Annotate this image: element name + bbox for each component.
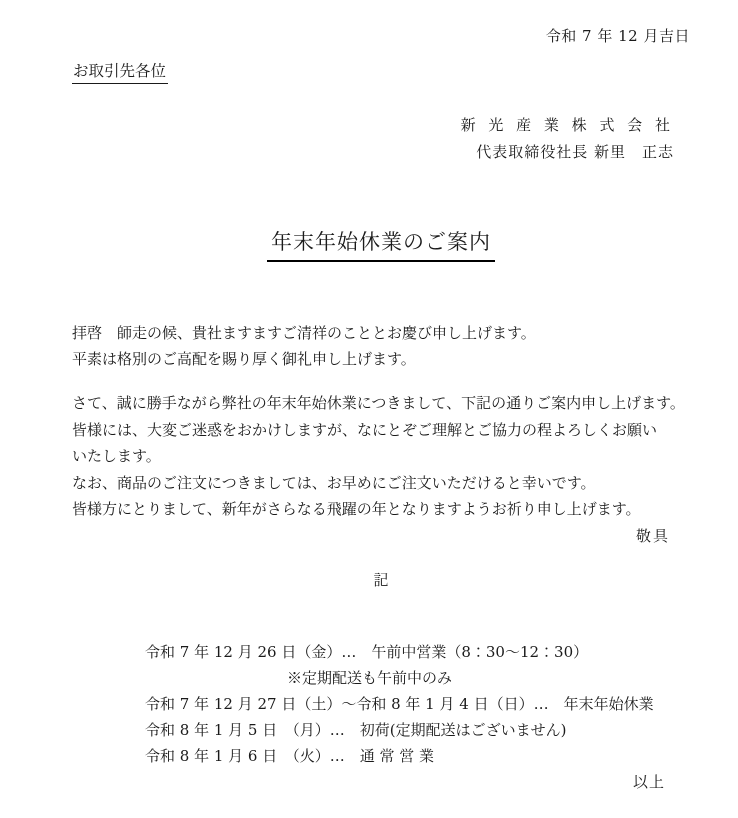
representative-name: 代表取締役社長 新里 正志 [72, 139, 674, 166]
closing-word: 敬具 [72, 523, 670, 549]
greeting-line: 平素は格別のご高配を賜り厚く御礼申し上げます。 [72, 346, 690, 372]
body-line: なお、商品のご注文につきましては、お早めにご注文いただけると幸いです。 [72, 470, 690, 497]
greeting-paragraph: 拝啓 師走の候、貴社ますますご清祥のこととお慶び申し上げます。 平素は格別のご高… [72, 320, 690, 372]
letter-document: 令和 7 年 12 月吉日 お取引先各位 新 光 産 業 株 式 会 社 代表取… [0, 0, 738, 818]
body-line: 皆様方にとりまして、新年がさらなる飛躍の年となりますようお祈り申し上げます。 [72, 496, 690, 523]
body-line: 皆様には、大変ご迷惑をおかけしますが、なにとぞご理解とご協力の程よろしくお願い [72, 417, 690, 444]
letter-date: 令和 7 年 12 月吉日 [72, 26, 690, 46]
addressee-text: お取引先各位 [72, 60, 168, 84]
body-paragraph: さて、誠に勝手ながら弊社の年末年始休業につきまして、下記の通りご案内申し上げます… [72, 390, 690, 523]
record-marker: 記 [72, 567, 690, 593]
schedule-item: 令和 8 年 1 月 5 日 （月）… 初荷(定期配送はございません) [145, 717, 690, 743]
end-marker: 以上 [72, 769, 665, 795]
schedule-item: 令和 7 年 12 月 26 日（金）… 午前中営業（8：30～12：30） [145, 639, 690, 665]
schedule-note: ※定期配送も午前中のみ [287, 665, 690, 691]
sender-block: 新 光 産 業 株 式 会 社 代表取締役社長 新里 正志 [72, 112, 674, 166]
document-title-text: 年末年始休業のご案内 [267, 226, 495, 262]
addressee-line: お取引先各位 [72, 60, 690, 84]
body-line: いたします。 [72, 443, 690, 470]
document-title: 年末年始休業のご案内 [72, 226, 690, 262]
greeting-line: 拝啓 師走の候、貴社ますますご清祥のこととお慶び申し上げます。 [72, 320, 690, 346]
schedule-block: 令和 7 年 12 月 26 日（金）… 午前中営業（8：30～12：30） ※… [145, 639, 690, 769]
body-line: さて、誠に勝手ながら弊社の年末年始休業につきまして、下記の通りご案内申し上げます… [72, 390, 690, 417]
schedule-item: 令和 7 年 12 月 27 日（土）～令和 8 年 1 月 4 日（日）… 年… [145, 691, 690, 717]
company-name: 新 光 産 業 株 式 会 社 [72, 112, 674, 139]
schedule-item: 令和 8 年 1 月 6 日 （火）… 通 常 営 業 [145, 743, 690, 769]
